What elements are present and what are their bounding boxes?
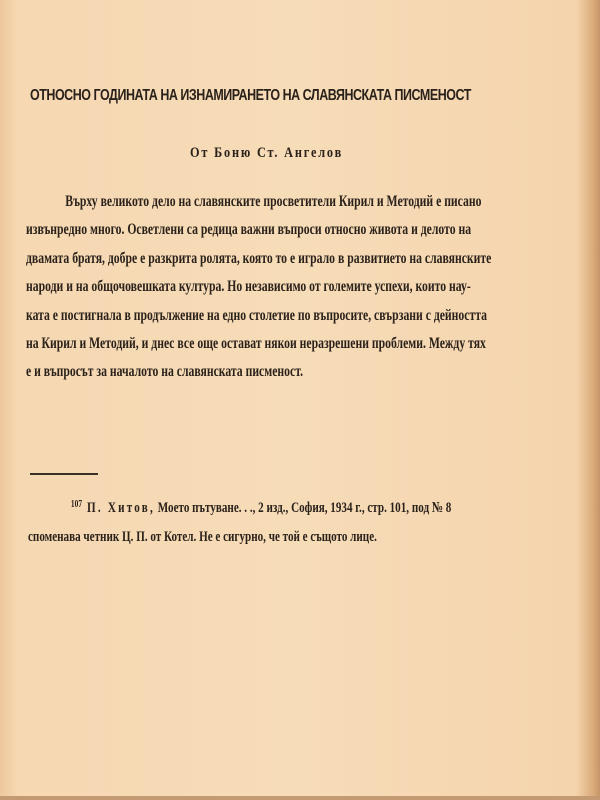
- footnote-marker: 107: [71, 499, 82, 510]
- footnote-author: П. Хитов,: [87, 500, 155, 516]
- body-line: Върху великото дело на славянските просв…: [26, 188, 509, 216]
- body-line: извънредно много. Осветлени са редица ва…: [26, 216, 509, 244]
- scanned-page: ОТНОСНО ГОДИНАТА НА ИЗНАМИРАНЕТО НА СЛАВ…: [0, 0, 600, 800]
- footnote-divider: [30, 473, 98, 475]
- body-line: е и въпросът за началото на славянската …: [26, 358, 509, 386]
- article-body: Върху великото дело на славянските просв…: [26, 188, 509, 387]
- body-line: на Кирил и Методий, и днес все още остав…: [26, 330, 509, 358]
- article-title: ОТНОСНО ГОДИНАТА НА ИЗНАМИРАНЕТО НА СЛАВ…: [30, 87, 537, 105]
- footnote-citation: Моето пътуване. . ., 2 изд., София, 1934…: [158, 500, 452, 516]
- body-line: народи и на общочовешката култура. Но не…: [26, 273, 509, 301]
- article-author: От Боню Ст. Ангелов: [190, 145, 343, 162]
- footnote: 107 П. Хитов, Моето пътуване. . ., 2 изд…: [28, 490, 502, 552]
- body-line: двамата братя, добре е разкрита ролята, …: [26, 245, 509, 273]
- footnote-line-2: споменава четник Ц. П. от Котел. Не е си…: [28, 523, 502, 552]
- body-line: ката е постигнала в продължение на едно …: [26, 302, 509, 330]
- footnote-line-1: 107 П. Хитов, Моето пътуване. . ., 2 изд…: [28, 490, 502, 523]
